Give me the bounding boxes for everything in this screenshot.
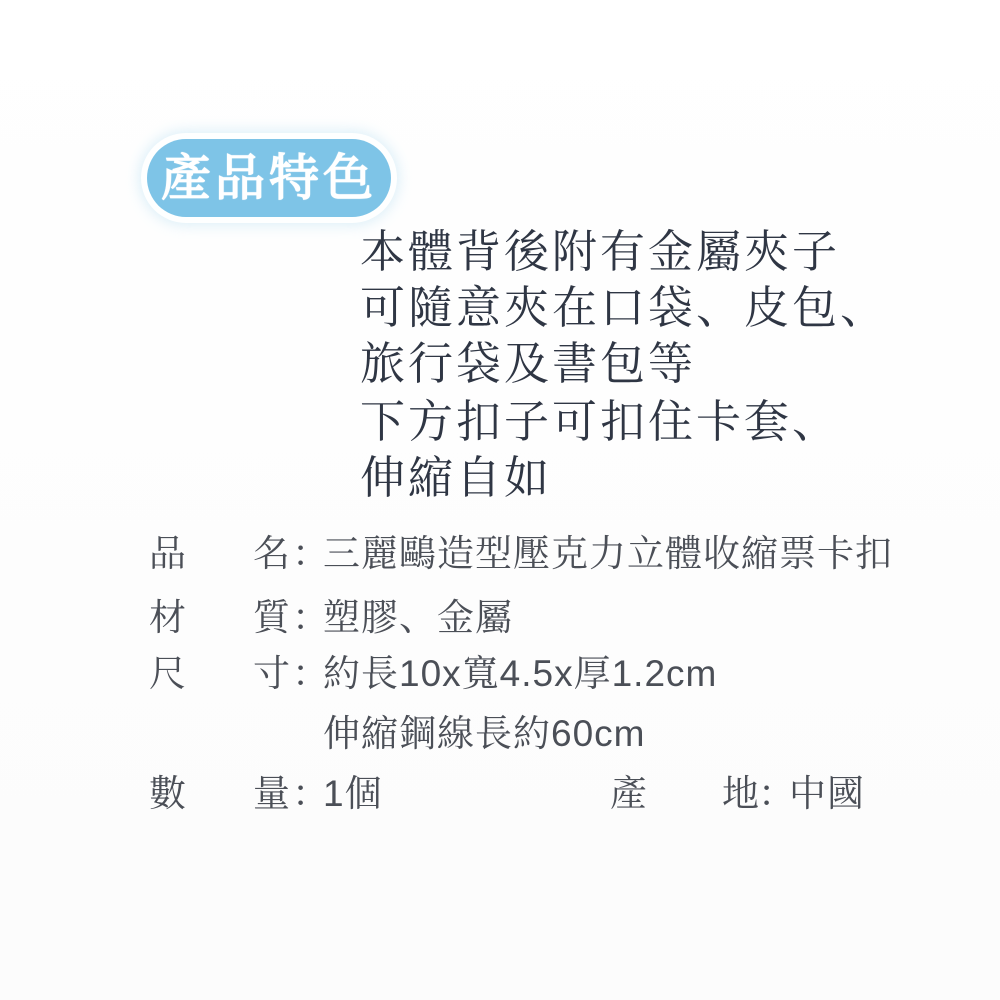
spec-label-char: 數 (149, 772, 187, 816)
spec-label-char: 產 (610, 772, 648, 816)
product-features-badge: 產品特色 (147, 139, 391, 217)
feature-line: 伸縮自如 (360, 450, 840, 506)
product-features-badge-label: 產品特色 (161, 153, 377, 203)
spec-value-material: 塑膠、金屬 (323, 596, 513, 640)
spec-value-size: 約長10x寬4.5x厚1.2cm (323, 652, 717, 696)
spec-row-size-continuation: 伸縮鋼線長約60cm (0, 712, 1000, 756)
features-paragraph-1: 本體背後附有金屬夾子 可隨意夾在口袋、皮包、 旅行袋及書包等 (360, 224, 888, 392)
features-paragraph-2: 下方扣子可扣住卡套、 伸縮自如 (360, 394, 840, 506)
spec-row-quantity-origin: 數 量 ： 1個 產 地 ： 中國 (0, 772, 1000, 816)
feature-line: 本體背後附有金屬夾子 (360, 224, 888, 280)
spec-value-quantity: 1個 (323, 772, 383, 816)
product-info-panel: 產品特色 本體背後附有金屬夾子 可隨意夾在口袋、皮包、 旅行袋及書包等 下方扣子… (0, 0, 1000, 1000)
spec-label-char: 尺 (149, 652, 187, 696)
spec-value-product-name: 三麗鷗造型壓克力立體收縮票卡扣 (323, 532, 893, 576)
feature-line: 旅行袋及書包等 (360, 336, 888, 392)
spec-row-size: 尺 寸 ： 約長10x寬4.5x厚1.2cm (0, 652, 1000, 696)
spec-row-product-name: 品 名 ： 三麗鷗造型壓克力立體收縮票卡扣 (0, 532, 1000, 576)
spec-label-char: 地 (722, 772, 760, 816)
spec-label-char: 名 (253, 532, 291, 576)
spec-value-wire-length: 伸縮鋼線長約60cm (323, 712, 645, 756)
spec-label-char: 量 (253, 772, 291, 816)
feature-line: 可隨意夾在口袋、皮包、 (360, 280, 888, 336)
spec-value-origin: 中國 (789, 772, 865, 816)
feature-line: 下方扣子可扣住卡套、 (360, 394, 840, 450)
spec-label-char: 質 (253, 596, 291, 640)
spec-label-char: 品 (149, 532, 187, 576)
spec-label-char: 寸 (253, 652, 291, 696)
spec-label-char: 材 (149, 596, 187, 640)
spec-row-material: 材 質 ： 塑膠、金屬 (0, 596, 1000, 640)
